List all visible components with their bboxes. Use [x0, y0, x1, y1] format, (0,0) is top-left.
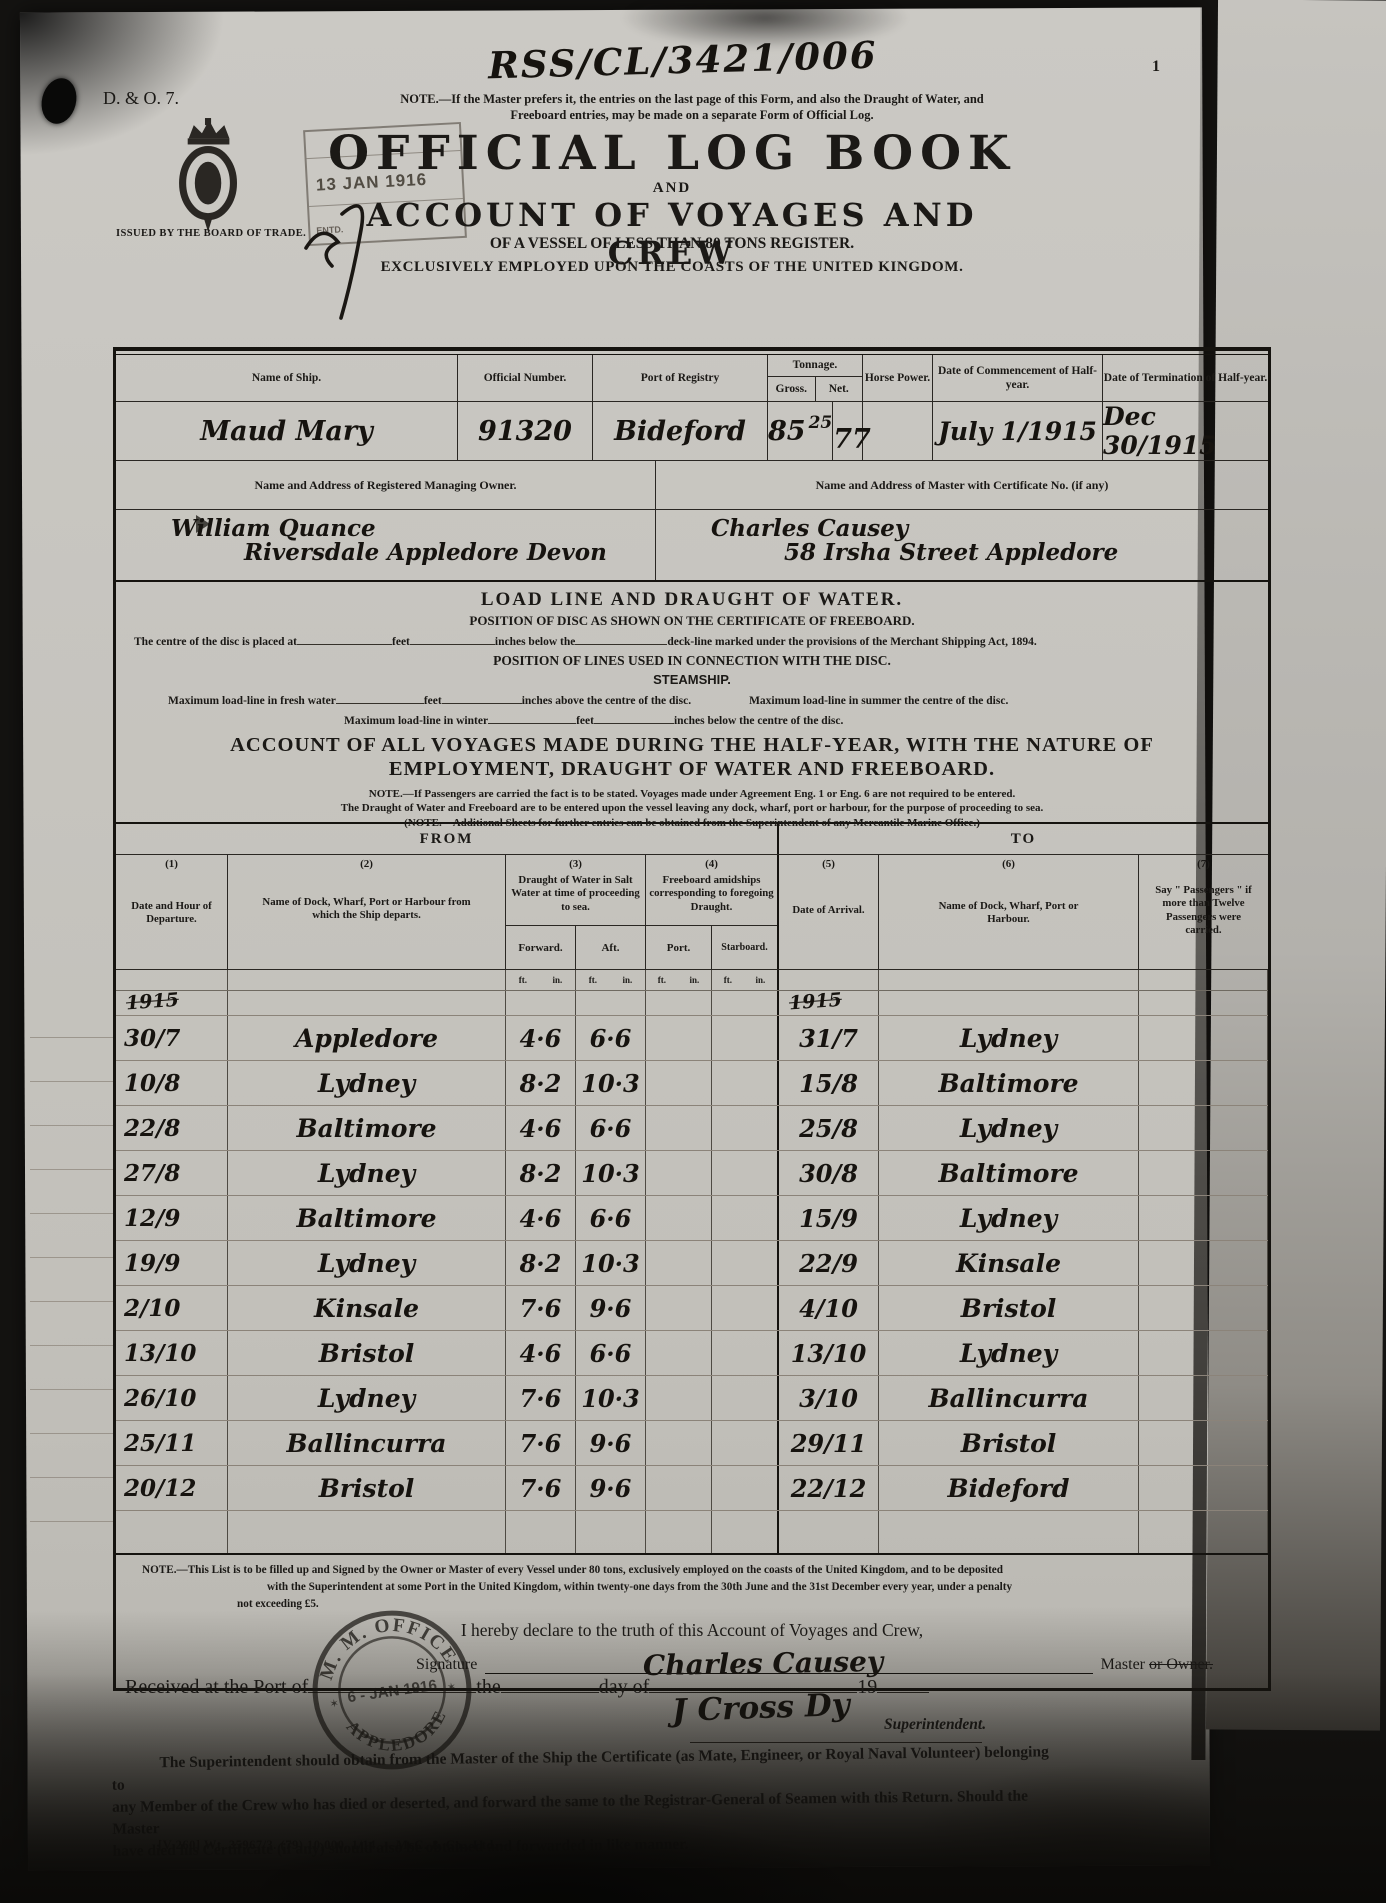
arrival-port: Lydney	[879, 1016, 1139, 1060]
deposit-note: NOTE.—This List is to be filled up and S…	[116, 1553, 1268, 1617]
blank-line	[336, 692, 424, 704]
col4-header: (4) Freeboard amidships corresponding to…	[646, 855, 779, 969]
ll5a: Maximum load-line in fresh water	[168, 695, 336, 707]
header-name-of-ship: Name of Ship.	[116, 355, 458, 401]
or-owner-struck: or Owner.	[1149, 1656, 1213, 1673]
account-heading-line2: EMPLOYMENT, DRAUGHT OF WATER AND FREEBOA…	[116, 758, 1268, 782]
arrival-date: 15/9	[779, 1196, 879, 1240]
horse-power-value	[863, 402, 933, 460]
termination-value: Dec 30/1915	[1103, 402, 1268, 460]
passengers	[1139, 1241, 1268, 1285]
header-port-of-registry: Port of Registry	[593, 355, 768, 401]
units-port: ft.in.	[646, 970, 712, 990]
departure-date: 27/8	[116, 1151, 228, 1195]
draught-forward: 8·2	[506, 1151, 576, 1195]
deposit-note-line2: with the Superintendent at some Port in …	[142, 1579, 1242, 1596]
freeboard-starboard	[712, 1331, 779, 1375]
ll6a: Maximum load-line in winter	[344, 715, 488, 727]
year-to-cell: 1915	[779, 991, 879, 1015]
voyage-row: 22/8 Baltimore 4·6 6·6 25/8 Lydney	[116, 1106, 1268, 1151]
departure-date: 2/10	[116, 1286, 228, 1330]
ll2d: deck-line marked under the provisions of…	[667, 636, 1036, 648]
draught-aft: 6·6	[576, 1016, 646, 1060]
col3-forward: Forward.	[506, 926, 576, 969]
header-official-number: Official Number.	[458, 355, 593, 401]
load-line-steamship: STEAMSHIP.	[116, 672, 1268, 687]
passengers	[1139, 1331, 1268, 1375]
units-starboard: ft.in.	[712, 970, 779, 990]
owner-address: Riversdale Appledore Devon	[116, 540, 655, 566]
ft: ft.	[519, 975, 527, 985]
voyage-row: 12/9 Baltimore 4·6 6·6 15/9 Lydney	[116, 1196, 1268, 1241]
year-row: 1915 1915	[116, 991, 1268, 1016]
scanned-log-book-page: RSS/CL/3421/006 1 D. & O. 7. NOTE.—If th…	[0, 0, 1386, 1903]
departure-port: Lydney	[228, 1376, 506, 1420]
col7-label: Say " Passengers " if more than Twelve P…	[1139, 884, 1268, 938]
master-or-owner-label: Master or Owner.	[1101, 1656, 1213, 1674]
col3-num: (3)	[569, 855, 582, 870]
arrival-date: 15/8	[779, 1061, 879, 1105]
arrival-date: 25/8	[779, 1106, 879, 1150]
year-empty	[879, 991, 1139, 1015]
arrival-port: Baltimore	[879, 1061, 1139, 1105]
voyage-row: 2/10 Kinsale 7·6 9·6 4/10 Bristol	[116, 1286, 1268, 1331]
freeboard-port	[646, 1196, 712, 1240]
ship-name-value: Maud Mary	[116, 402, 458, 460]
page-number: 1	[1152, 58, 1160, 76]
passengers	[1139, 1061, 1268, 1105]
draught-aft: 9·6	[576, 1421, 646, 1465]
departure-port: Bristol	[228, 1331, 506, 1375]
departure-date: 12/9	[116, 1196, 228, 1240]
arrival-date: 30/8	[779, 1151, 879, 1195]
to-label: TO	[779, 824, 1268, 854]
passengers	[1139, 1151, 1268, 1195]
port-of-registry-value: Bideford	[593, 402, 768, 460]
from-label: FROM	[116, 824, 779, 854]
col6-header: (6) Name of Dock, Wharf, Port or Harbour…	[879, 855, 1139, 969]
freeboard-starboard	[712, 1466, 779, 1510]
col4-starboard: Starboard.	[712, 926, 777, 969]
departure-port: Baltimore	[228, 1196, 506, 1240]
tonnage-values-inner: 8525 77	[768, 402, 862, 460]
empty-cell	[646, 1511, 712, 1553]
ship-table-values: Maud Mary 91320 Bideford 8525 77 July 1/…	[116, 402, 1268, 461]
owner-master-labels: Name and Address of Registered Managing …	[116, 461, 1268, 510]
freeboard-starboard	[712, 1106, 779, 1150]
ll2b: feet	[392, 636, 410, 648]
draught-aft: 6·6	[576, 1196, 646, 1240]
col2-header: (2) Name of Dock, Wharf, Port or Harbour…	[228, 855, 506, 969]
header-gross: Gross.	[768, 377, 816, 401]
draught-aft: 9·6	[576, 1466, 646, 1510]
col1-label: Date and Hour of Departure.	[116, 896, 227, 927]
departure-port: Baltimore	[228, 1106, 506, 1150]
col4-sub: Port. Starboard.	[646, 926, 777, 969]
board-of-trade-crest-icon	[160, 116, 252, 238]
col4-port: Port.	[646, 926, 712, 969]
account-note2: The Draught of Water and Freeboard are t…	[116, 801, 1268, 815]
freeboard-port	[646, 1286, 712, 1330]
draught-forward: 4·6	[506, 1016, 576, 1060]
draught-forward: 7·6	[506, 1421, 576, 1465]
arrival-date: 22/12	[779, 1466, 879, 1510]
freeboard-port	[646, 1106, 712, 1150]
main-title: OFFICIAL LOG BOOK	[320, 126, 1024, 181]
year-empty	[576, 991, 646, 1015]
freeboard-port	[646, 1016, 712, 1060]
commencement-value: July 1/1915	[933, 402, 1103, 460]
blank-line	[410, 633, 495, 645]
official-number-value: 91320	[458, 402, 593, 460]
departure-port: Ballincurra	[228, 1421, 506, 1465]
year-empty	[712, 991, 779, 1015]
signature-row: Signature Charles Causey Master or Owner…	[416, 1651, 1213, 1674]
ft: ft.	[658, 975, 666, 985]
owner-label: Name and Address of Registered Managing …	[116, 461, 656, 509]
tonnage-label: Tonnage.	[768, 355, 862, 377]
draught-aft: 10·3	[576, 1151, 646, 1195]
passengers	[1139, 1016, 1268, 1060]
empty-cell	[576, 1511, 646, 1553]
ll6b: feet	[576, 715, 594, 727]
freeboard-starboard	[712, 1286, 779, 1330]
arrival-port: Lydney	[879, 1196, 1139, 1240]
header-net: Net.	[816, 377, 863, 401]
empty-cell	[879, 1511, 1139, 1553]
in: in.	[622, 975, 632, 985]
voyage-row: 26/10 Lydney 7·6 10·3 3/10 Ballincurra	[116, 1376, 1268, 1421]
draught-aft: 6·6	[576, 1331, 646, 1375]
departure-date: 20/12	[116, 1466, 228, 1510]
units-empty	[116, 970, 228, 990]
arrival-port: Lydney	[879, 1106, 1139, 1150]
header-date-termination: Date of Termination of Half-year.	[1103, 355, 1268, 401]
blank-line	[442, 692, 522, 704]
top-note-line1: NOTE.—If the Master prefers it, the entr…	[356, 92, 1028, 108]
header-date-commencement: Date of Commencement of Half-year.	[933, 355, 1103, 401]
account-note1: NOTE.—If Passengers are carried the fact…	[116, 787, 1268, 801]
passengers	[1139, 1421, 1268, 1465]
departure-date: 26/10	[116, 1376, 228, 1420]
empty-cell	[116, 1511, 228, 1553]
departure-port: Bristol	[228, 1466, 506, 1510]
voyage-row: 25/11 Ballincurra 7·6 9·6 29/11 Bristol	[116, 1421, 1268, 1466]
master-value: Charles Causey 58 Irsha Street Appledore	[656, 510, 1268, 580]
freeboard-starboard	[712, 1016, 779, 1060]
units-aft: ft.in.	[576, 970, 646, 990]
load-line-line1: POSITION OF DISC AS SHOWN ON THE CERTIFI…	[116, 613, 1268, 629]
ll5b: feet	[424, 695, 442, 707]
departure-date: 25/11	[116, 1421, 228, 1465]
voyage-row: 30/7 Appledore 4·6 6·6 31/7 Lydney	[116, 1016, 1268, 1061]
draught-aft: 10·3	[576, 1376, 646, 1420]
freeboard-starboard	[712, 1151, 779, 1195]
arrival-date: 4/10	[779, 1286, 879, 1330]
col1-header: (1) Date and Hour of Departure.	[116, 855, 228, 969]
voyage-row: 13/10 Bristol 4·6 6·6 13/10 Lydney	[116, 1331, 1268, 1376]
blank-line	[575, 633, 667, 645]
signature-line: Charles Causey	[485, 1651, 1092, 1674]
empty-cell	[1139, 1511, 1268, 1553]
form-body: Name of Ship. Official Number. Port of R…	[113, 347, 1271, 1691]
gross-tonnage-value: 8525	[768, 402, 833, 460]
year-empty	[506, 991, 576, 1015]
freeboard-port	[646, 1466, 712, 1510]
draught-aft: 10·3	[576, 1241, 646, 1285]
freeboard-starboard	[712, 1061, 779, 1105]
col4-top: (4) Freeboard amidships corresponding to…	[646, 855, 777, 926]
col5-num: (5)	[822, 855, 835, 870]
year-empty	[646, 991, 712, 1015]
blank-line	[297, 633, 392, 645]
departure-port: Lydney	[228, 1241, 506, 1285]
col3-sub: Forward. Aft.	[506, 926, 645, 969]
draught-forward: 8·2	[506, 1061, 576, 1105]
blank-line	[594, 712, 674, 724]
col3-label: Draught of Water in Salt Water at time o…	[506, 870, 645, 914]
arrival-date: 29/11	[779, 1421, 879, 1465]
departure-date: 13/10	[116, 1331, 228, 1375]
passengers	[1139, 1466, 1268, 1510]
arrival-port: Bristol	[879, 1286, 1139, 1330]
top-note: NOTE.—If the Master prefers it, the entr…	[356, 92, 1028, 123]
year-to: 1915	[778, 989, 842, 1015]
empty-cell	[506, 1511, 576, 1553]
gross-frac: 25	[809, 413, 833, 433]
load-line-line6: Maximum load-line in winterfeetinches be…	[116, 712, 1268, 727]
col7-header: (7) Say " Passengers " if more than Twel…	[1139, 855, 1268, 969]
declaration-text: I hereby declare to the truth of this Ac…	[116, 1620, 1268, 1641]
draught-forward: 7·6	[506, 1376, 576, 1420]
voyage-row: 19/9 Lydney 8·2 10·3 22/9 Kinsale	[116, 1241, 1268, 1286]
account-heading-section: ACCOUNT OF ALL VOYAGES MADE DURING THE H…	[116, 734, 1268, 822]
top-note-line2: Freeboard entries, may be made on a sepa…	[356, 108, 1028, 124]
ft: ft.	[589, 975, 597, 985]
col4-label: Freeboard amidships corresponding to for…	[646, 870, 777, 914]
ft: ft.	[724, 975, 732, 985]
ll5c: inches above the centre of the disc.	[522, 695, 691, 707]
departure-date: 22/8	[116, 1106, 228, 1150]
year-from-cell: 1915	[116, 991, 228, 1015]
title-and: AND	[320, 180, 1024, 197]
tonnage-values: 8525 77	[768, 402, 863, 460]
tonnage-sub: Gross. Net.	[768, 377, 862, 401]
master-word: Master	[1101, 1656, 1149, 1673]
from-to-band: FROM TO	[116, 822, 1268, 855]
master-label: Name and Address of Master with Certific…	[656, 461, 1268, 509]
departure-port: Lydney	[228, 1151, 506, 1195]
units-empty	[879, 970, 1139, 990]
ship-table-header: Name of Ship. Official Number. Port of R…	[116, 355, 1268, 402]
arrival-port: Bristol	[879, 1421, 1139, 1465]
freeboard-port	[646, 1376, 712, 1420]
passengers	[1139, 1286, 1268, 1330]
draught-aft: 6·6	[576, 1106, 646, 1150]
draught-forward: 4·6	[506, 1331, 576, 1375]
in: in.	[755, 975, 765, 985]
freeboard-starboard	[712, 1241, 779, 1285]
empty-cell	[712, 1511, 779, 1553]
ll6c: inches below the centre of the disc.	[674, 715, 843, 727]
year-empty	[228, 991, 506, 1015]
year-from: 1915	[115, 989, 179, 1015]
departure-port: Appledore	[228, 1016, 506, 1060]
owner-master-values: William Quance Riversdale Appledore Devo…	[116, 510, 1268, 582]
freeboard-port	[646, 1151, 712, 1195]
arrival-date: 13/10	[779, 1331, 879, 1375]
passengers	[1139, 1106, 1268, 1150]
load-line-line5: Maximum load-line in fresh waterfeetinch…	[116, 692, 1268, 707]
freeboard-starboard	[712, 1421, 779, 1465]
arrival-port: Lydney	[879, 1331, 1139, 1375]
year-empty	[1139, 991, 1268, 1015]
tonnage-inner: Tonnage. Gross. Net.	[768, 355, 862, 401]
voyage-row: 10/8 Lydney 8·2 10·3 15/8 Baltimore	[116, 1061, 1268, 1106]
empty-cell	[228, 1511, 506, 1553]
empty-voyage-row	[116, 1511, 1268, 1553]
freeboard-starboard	[712, 1196, 779, 1240]
col6-num: (6)	[1002, 855, 1015, 870]
col2-num: (2)	[360, 855, 373, 870]
account-heading-line1: ACCOUNT OF ALL VOYAGES MADE DURING THE H…	[116, 734, 1268, 758]
load-line-section: LOAD LINE AND DRAUGHT OF WATER. POSITION…	[116, 582, 1268, 734]
issued-by-label: ISSUED BY THE BOARD OF TRADE.	[116, 228, 306, 239]
arrival-port: Bideford	[879, 1466, 1139, 1510]
voyage-table-header: (1) Date and Hour of Departure. (2) Name…	[116, 855, 1268, 970]
departure-date: 10/8	[116, 1061, 228, 1105]
deposit-note-line1: NOTE.—This List is to be filled up and S…	[142, 1562, 1242, 1579]
load-line-title: LOAD LINE AND DRAUGHT OF WATER.	[116, 582, 1268, 611]
col5-header: (5) Date of Arrival.	[779, 855, 879, 969]
col7-num: (7)	[1197, 855, 1210, 870]
ll2c: inches below the	[495, 636, 576, 648]
arrival-date: 31/7	[779, 1016, 879, 1060]
owner-value: William Quance Riversdale Appledore Devo…	[116, 510, 656, 580]
margin-ruled-lines	[30, 994, 113, 1524]
scan-bottom-shadow	[0, 1673, 1386, 1903]
deposit-note-line3: not exceeding £5.	[142, 1596, 1242, 1613]
col3-top: (3) Draught of Water in Salt Water at ti…	[506, 855, 645, 926]
arrival-date: 3/10	[779, 1376, 879, 1420]
subtitle-vessel: OF A VESSEL OF LESS THAN 80 TONS REGISTE…	[300, 235, 1044, 253]
freeboard-port	[646, 1061, 712, 1105]
draught-forward: 7·6	[506, 1466, 576, 1510]
units-forward: ft.in.	[506, 970, 576, 990]
empty-cell	[779, 1511, 879, 1553]
freeboard-starboard	[712, 1376, 779, 1420]
passengers	[1139, 1196, 1268, 1240]
top-rule	[116, 347, 1268, 351]
header-tonnage: Tonnage. Gross. Net.	[768, 355, 863, 401]
departure-port: Kinsale	[228, 1286, 506, 1330]
freeboard-port	[646, 1421, 712, 1465]
blank-line	[488, 712, 576, 724]
draught-forward: 8·2	[506, 1241, 576, 1285]
draught-forward: 4·6	[506, 1196, 576, 1240]
arrival-port: Ballincurra	[879, 1376, 1139, 1420]
col6-label: Name of Dock, Wharf, Port or Harbour.	[879, 900, 1138, 927]
freeboard-port	[646, 1241, 712, 1285]
departure-date: 19/9	[116, 1241, 228, 1285]
passengers	[1139, 1376, 1268, 1420]
col3-aft: Aft.	[576, 926, 645, 969]
units-row: ft.in. ft.in. ft.in. ft.in.	[116, 970, 1268, 991]
load-line-line2: The centre of the disc is placed atfeeti…	[116, 633, 1268, 648]
draught-aft: 9·6	[576, 1286, 646, 1330]
freeboard-port	[646, 1331, 712, 1375]
col1-num: (1)	[165, 855, 178, 870]
arrival-date: 22/9	[779, 1241, 879, 1285]
departure-date: 30/7	[116, 1016, 228, 1060]
units-empty	[779, 970, 879, 990]
ll5d: Maximum load-line in summer the centre o…	[749, 695, 1008, 707]
col2-label: Name of Dock, Wharf, Port or Harbour fro…	[228, 896, 505, 923]
draught-aft: 10·3	[576, 1061, 646, 1105]
units-empty	[228, 970, 506, 990]
in: in.	[552, 975, 562, 985]
arrival-port: Kinsale	[879, 1241, 1139, 1285]
subtitle-coasts: EXCLUSIVELY EMPLOYED UPON THE COASTS OF …	[280, 259, 1064, 276]
departure-port: Lydney	[228, 1061, 506, 1105]
header-horse-power: Horse Power.	[863, 355, 933, 401]
draught-forward: 7·6	[506, 1286, 576, 1330]
units-empty	[1139, 970, 1268, 990]
voyage-row: 27/8 Lydney 8·2 10·3 30/8 Baltimore	[116, 1151, 1268, 1196]
col3-header: (3) Draught of Water in Salt Water at ti…	[506, 855, 646, 969]
draught-forward: 4·6	[506, 1106, 576, 1150]
col4-num: (4)	[705, 855, 718, 870]
master-address: 58 Irsha Street Appledore	[656, 540, 1268, 566]
form-code: D. & O. 7.	[103, 88, 179, 109]
arrival-port: Baltimore	[879, 1151, 1139, 1195]
voyage-row: 20/12 Bristol 7·6 9·6 22/12 Bideford	[116, 1466, 1268, 1511]
in: in.	[689, 975, 699, 985]
col5-label: Date of Arrival.	[789, 900, 867, 917]
ll2a: The centre of the disc is placed at	[134, 636, 297, 648]
load-line-line3: POSITION OF LINES USED IN CONNECTION WIT…	[116, 653, 1268, 669]
gross-main: 85	[768, 416, 806, 447]
